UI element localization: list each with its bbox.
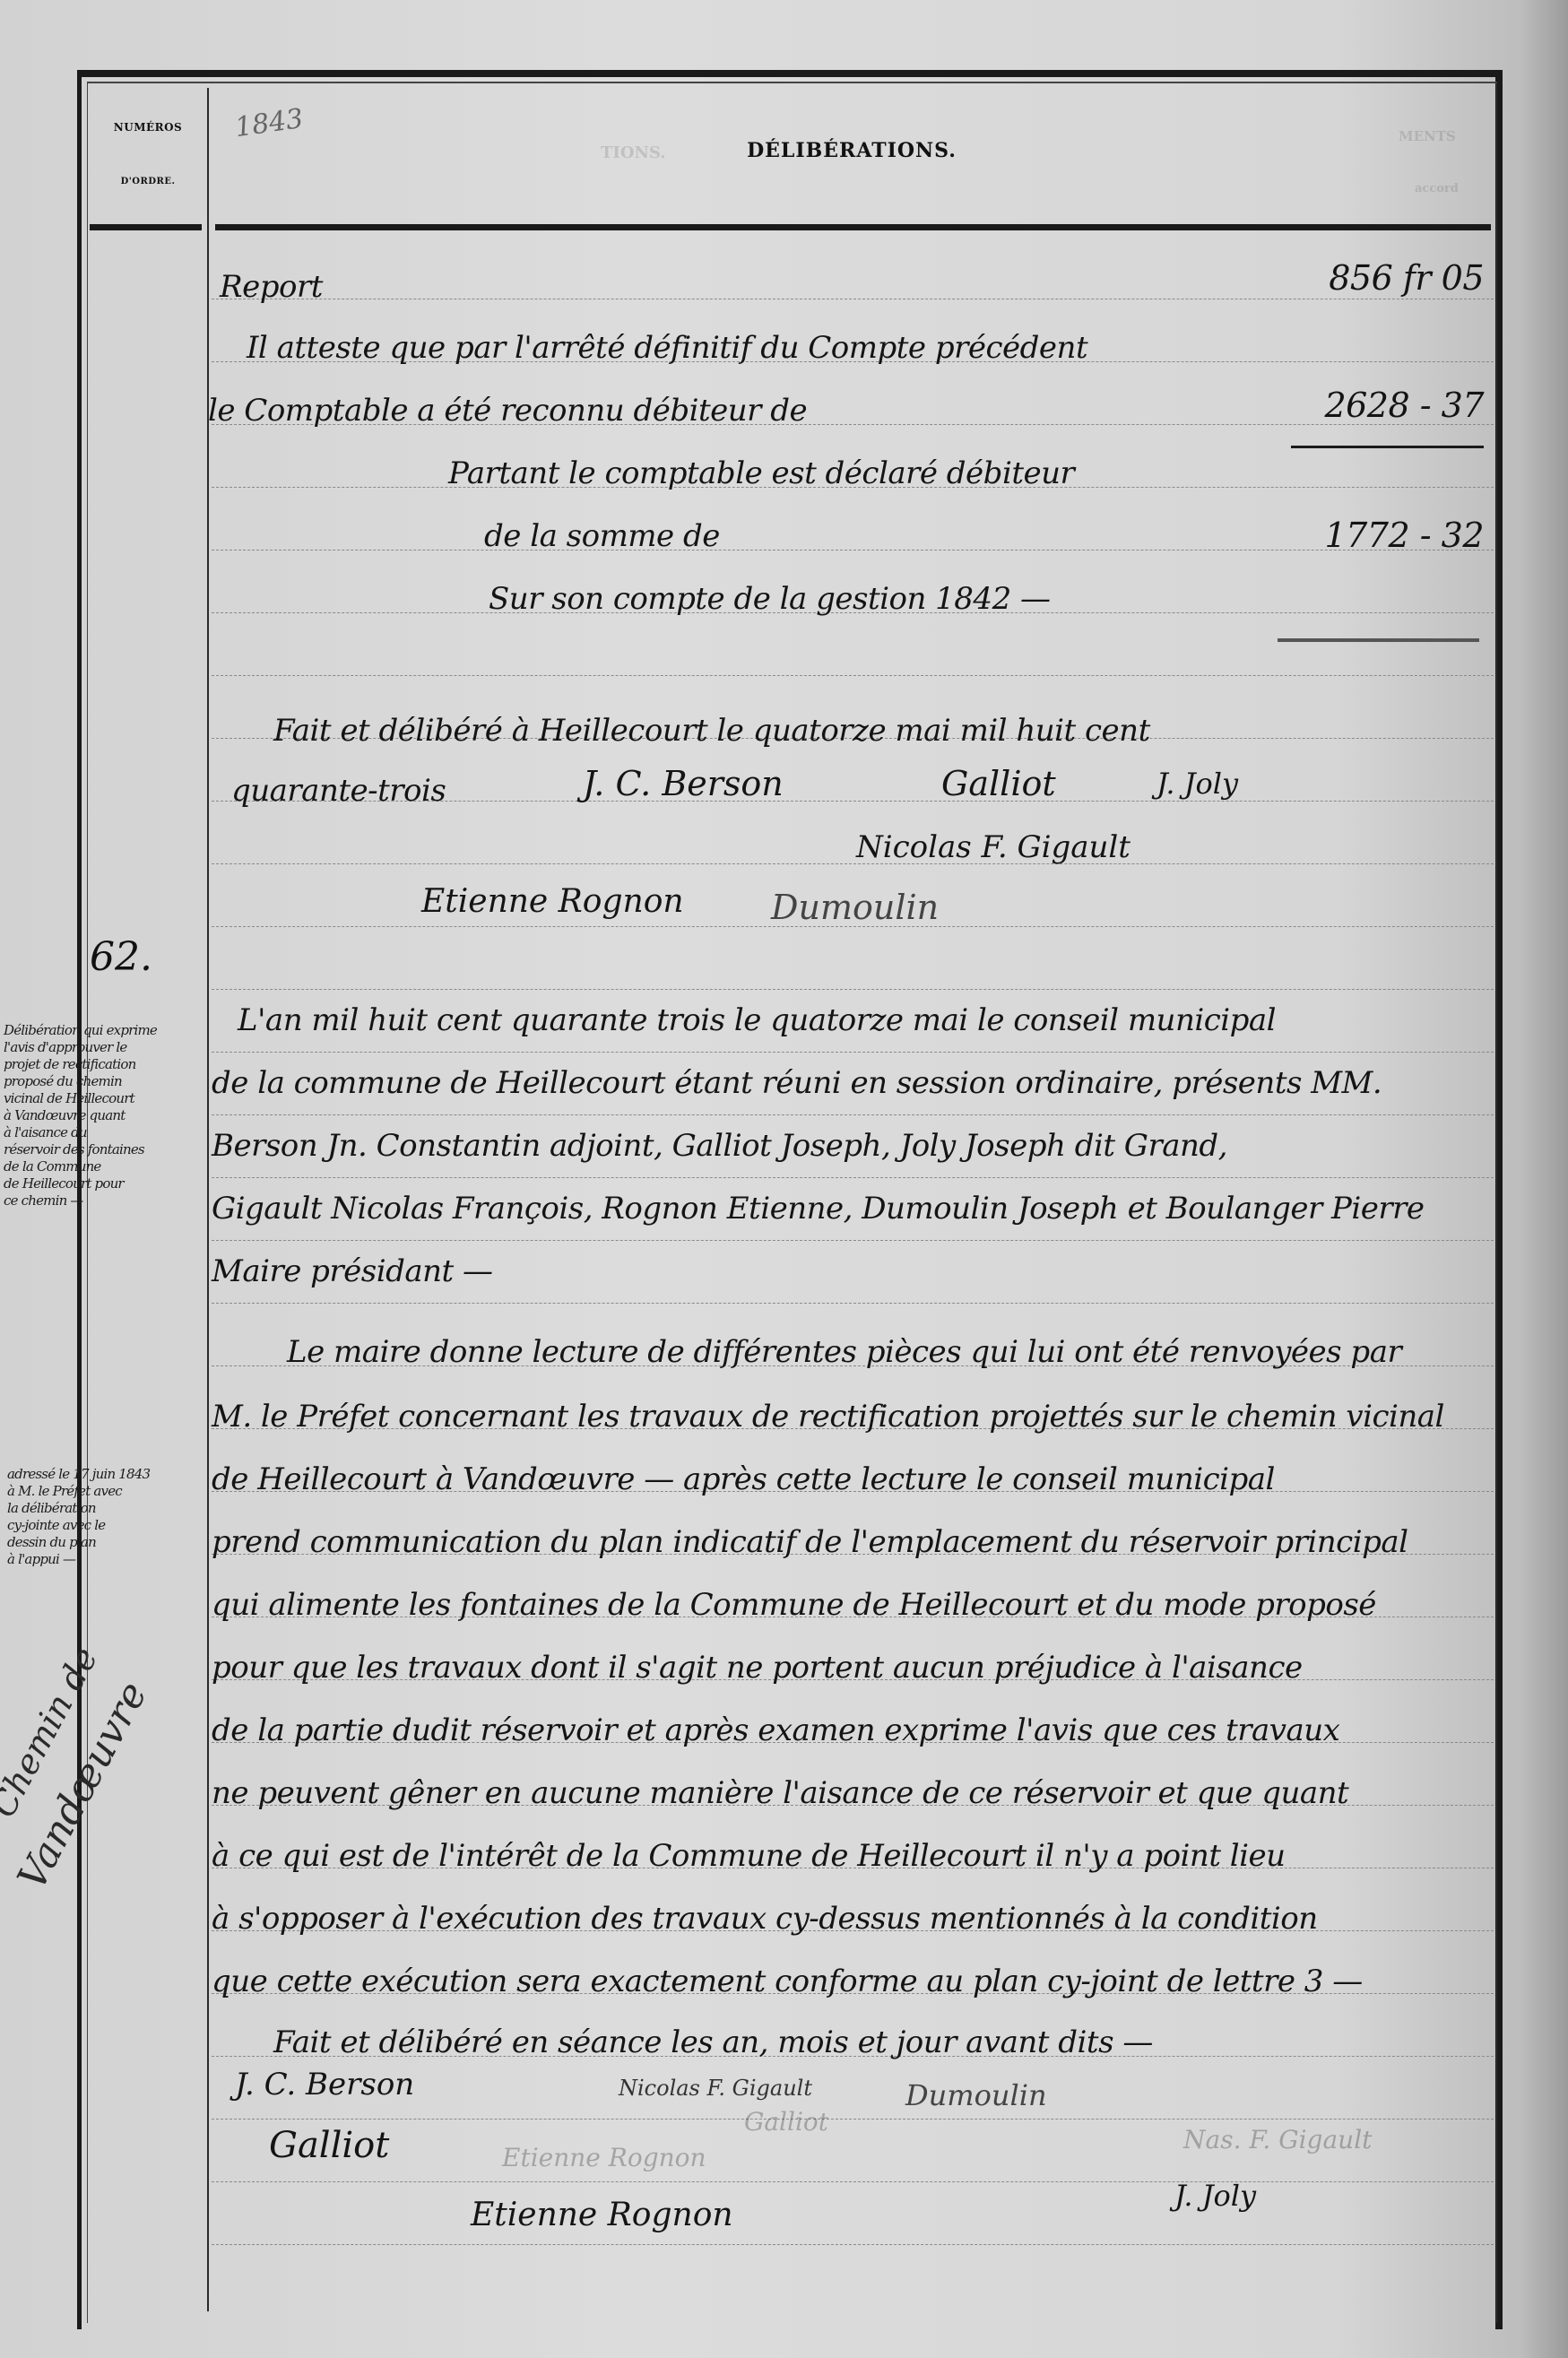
signature-berson: J. C. Berson [235, 2067, 414, 2102]
ruled-line [212, 675, 1494, 676]
ruled-line [212, 2244, 1494, 2245]
body-line: Maire présidant — [212, 1253, 493, 1289]
faint-signature: Nas. F. Gigault [1183, 2125, 1372, 2154]
body-line: Fait et délibéré en séance les an, mois … [273, 2024, 1153, 2060]
margin-note-summary: Délibération qui exprime l'avis d'approu… [4, 1022, 157, 1209]
body-line: L'an mil huit cent quarante trois le qua… [238, 1002, 1276, 1038]
double-rule [1278, 638, 1479, 642]
body-line: de la commune de Heillecourt étant réuni… [212, 1065, 1382, 1101]
signature-rognon: Etienne Rognon [471, 2197, 733, 2233]
header-rule-right [215, 224, 1491, 230]
body-line: ne peuvent gêner en aucune manière l'ais… [212, 1775, 1348, 1811]
closing-line: quarante-trois [231, 773, 446, 809]
signature-dumoulin: Dumoulin [905, 2078, 1047, 2112]
signature-galliot: Galliot [941, 764, 1056, 803]
closing-line: Fait et délibéré à Heillecourt le quator… [273, 713, 1150, 749]
body-line: à s'opposer à l'exécution des travaux cy… [212, 1901, 1318, 1937]
bleed-through-text: TIONS. [601, 143, 666, 162]
ruled-line [212, 1052, 1494, 1053]
body-line: de Heillecourt à Vandœuvre — après cette… [212, 1461, 1275, 1497]
bleed-through-text: MENTS [1399, 128, 1456, 144]
body-line: M. le Préfet concernant les travaux de r… [212, 1399, 1444, 1435]
amount-debit: 2628 - 37 [1273, 386, 1484, 425]
ruled-line [212, 1303, 1494, 1304]
faint-signature: Etienne Rognon [502, 2143, 706, 2172]
faint-signature: Galliot [744, 2107, 828, 2137]
body-line: prend communication du plan indicatif de… [212, 1524, 1408, 1560]
report-label: Report [220, 269, 323, 305]
ruled-line [212, 2181, 1494, 2182]
body-line: Gigault Nicolas François, Rognon Etienne… [212, 1191, 1425, 1227]
account-line: de la somme de [484, 518, 720, 554]
header-rule-left [90, 224, 202, 230]
numeros-label: NUMÉROS [93, 121, 203, 134]
amount-report: 856 fr 05 [1291, 258, 1484, 298]
entry-number: 62. [90, 934, 152, 980]
body-line: que cette exécution sera exactement conf… [212, 1964, 1363, 1999]
total-rule [1291, 446, 1484, 448]
bleed-through-text: accord [1415, 182, 1459, 195]
signature-rognon: Etienne Rognon [421, 883, 684, 920]
amount-balance: 1772 - 32 [1291, 516, 1484, 555]
ruled-line [212, 863, 1494, 864]
signature-gigault: Nicolas F. Gigault [856, 829, 1131, 865]
signature-galliot: Galliot [269, 2125, 389, 2166]
body-line: pour que les travaux dont il s'agit ne p… [212, 1650, 1303, 1686]
account-line: Partant le comptable est déclaré débiteu… [448, 455, 1074, 491]
ruled-line [212, 1177, 1494, 1178]
body-line: de la partie dudit réservoir et après ex… [212, 1712, 1339, 1748]
ruled-line [212, 989, 1494, 990]
body-line: Le maire donne lecture de différentes pi… [287, 1334, 1401, 1370]
page-title: DÉLIBÉRATIONS. [215, 139, 1488, 162]
ruled-line [212, 1114, 1494, 1115]
ordre-label: D'ORDRE. [93, 177, 203, 186]
signature-dumoulin: Dumoulin [771, 888, 939, 927]
account-line: le Comptable a été reconnu débiteur de [208, 393, 807, 429]
ruled-line [212, 1240, 1494, 1241]
body-line: Berson Jn. Constantin adjoint, Galliot J… [212, 1128, 1227, 1164]
body-line: qui alimente les fontaines de la Commune… [212, 1587, 1376, 1623]
signature-gigault: Nicolas F. Gigault [619, 2076, 812, 2101]
account-line: Sur son compte de la gestion 1842 — [489, 581, 1051, 617]
ruled-line [212, 2119, 1494, 2120]
account-line: Il atteste que par l'arrêté définitif du… [247, 330, 1087, 366]
signature-berson: J. C. Berson [583, 764, 784, 803]
margin-note-sent: adressé le 17 juin 1843 à M. le Préfet a… [7, 1466, 150, 1568]
ruled-line [212, 299, 1494, 299]
body-line: à ce qui est de l'intérêt de la Commune … [212, 1838, 1286, 1874]
signature-joly: J. Joly [1174, 2179, 1256, 2213]
signature-joly: J. Joly [1157, 767, 1238, 801]
